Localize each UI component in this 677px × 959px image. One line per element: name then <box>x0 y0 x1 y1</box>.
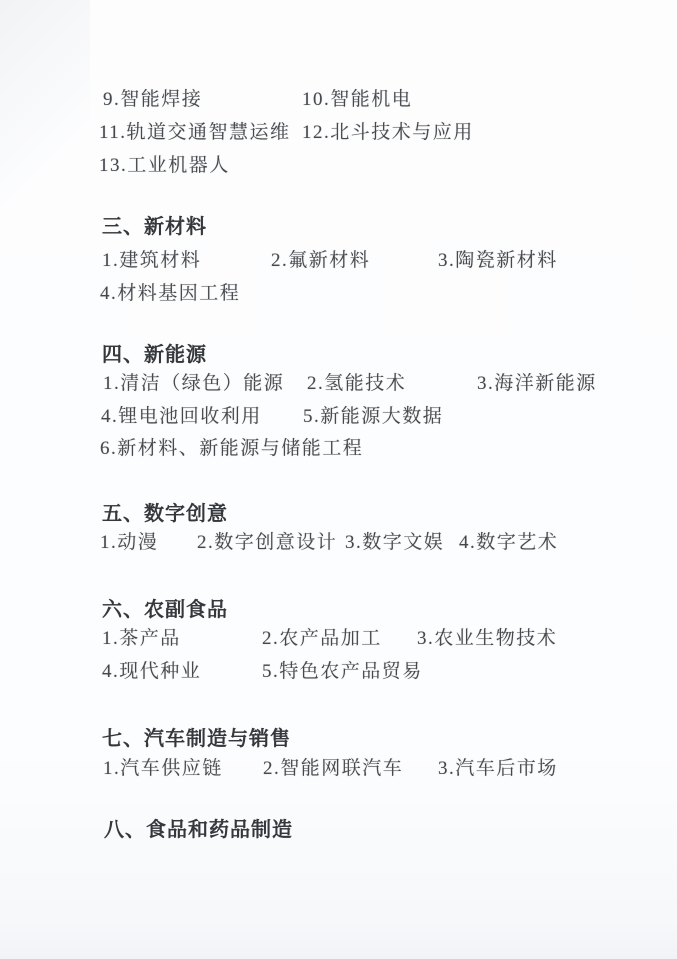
list-line: 1.清洁（绿色）能源 2.氢能技术 3.海洋新能源 <box>0 368 677 394</box>
list-line: 1.汽车供应链 2.智能网联汽车 3.汽车后市场 <box>0 753 677 779</box>
list-item: 11.轨道交通智慧运维 <box>99 117 291 144</box>
list-line: 9.智能焊接 10.智能机电 <box>0 84 677 110</box>
section-4-heading: 四、新能源 <box>102 338 207 367</box>
list-line: 1.建筑材料 2.氟新材料 3.陶瓷新材料 <box>0 245 677 271</box>
list-item: 1.汽车供应链 <box>103 753 223 780</box>
section-7-heading: 七、汽车制造与销售 <box>102 722 291 751</box>
document-page: 9.智能焊接 10.智能机电 11.轨道交通智慧运维 12.北斗技术与应用 13… <box>0 0 677 959</box>
list-line: 6.新材料、新能源与储能工程 <box>0 433 677 459</box>
section-6-heading: 六、农副食品 <box>102 593 228 622</box>
list-item: 3.陶瓷新材料 <box>438 245 558 272</box>
section-5-heading: 五、数字创意 <box>102 497 228 526</box>
list-item: 2.数字创意设计 <box>197 527 337 554</box>
section-8-heading: 八、食品和药品制造 <box>104 813 293 842</box>
list-line: 13.工业机器人 <box>0 150 677 176</box>
list-item: 12.北斗技术与应用 <box>302 117 474 144</box>
list-item: 2.氟新材料 <box>271 245 370 272</box>
list-item: 3.农业生物技术 <box>417 623 557 650</box>
list-line: 11.轨道交通智慧运维 12.北斗技术与应用 <box>0 117 677 143</box>
list-item: 2.氢能技术 <box>307 368 406 395</box>
list-item: 4.锂电池回收利用 <box>101 401 262 428</box>
list-line: 4.锂电池回收利用 5.新能源大数据 <box>0 401 677 427</box>
list-line: 4.现代种业 5.特色农产品贸易 <box>0 656 677 682</box>
list-item: 3.海洋新能源 <box>477 368 597 395</box>
list-item: 4.材料基因工程 <box>100 278 240 305</box>
section-3-heading: 三、新材料 <box>102 210 207 239</box>
list-item: 5.新能源大数据 <box>303 401 443 428</box>
list-line: 1.动漫 2.数字创意设计 3.数字文娱 4.数字艺术 <box>0 527 677 553</box>
list-item: 9.智能焊接 <box>103 84 202 111</box>
list-item: 4.数字艺术 <box>459 527 558 554</box>
list-item: 5.特色农产品贸易 <box>262 656 423 683</box>
list-line: 4.材料基因工程 <box>0 278 677 304</box>
list-item: 2.智能网联汽车 <box>263 753 403 780</box>
list-item: 1.动漫 <box>100 527 158 554</box>
list-item: 1.茶产品 <box>102 623 181 650</box>
list-item: 10.智能机电 <box>302 84 412 111</box>
list-item: 4.现代种业 <box>102 656 201 683</box>
list-item: 13.工业机器人 <box>99 150 230 177</box>
list-item: 1.建筑材料 <box>102 245 201 272</box>
list-item: 1.清洁（绿色）能源 <box>103 368 284 395</box>
list-item: 3.汽车后市场 <box>438 753 558 780</box>
list-item: 3.数字文娱 <box>345 527 444 554</box>
list-item: 2.农产品加工 <box>262 623 382 650</box>
list-line: 1.茶产品 2.农产品加工 3.农业生物技术 <box>0 623 677 649</box>
list-item: 6.新材料、新能源与储能工程 <box>100 433 363 460</box>
